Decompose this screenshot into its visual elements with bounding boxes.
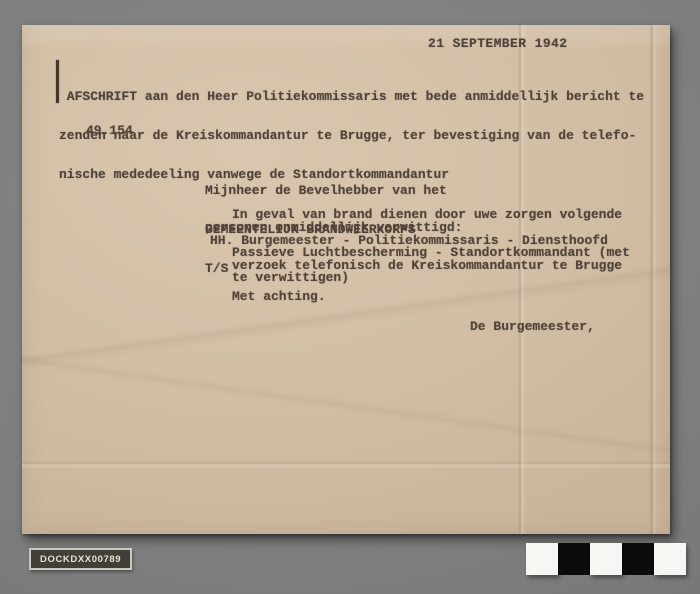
photo-background: 21 SEPTEMBER 1942 AFSCHRIFT aan den Heer… — [0, 0, 700, 594]
reference-number: 49.154 — [86, 124, 133, 137]
document-date: 21 SEPTEMBER 1942 — [428, 37, 567, 50]
addressee-line: Mijnheer de Bevelhebber van het — [205, 184, 447, 197]
document-paper: 21 SEPTEMBER 1942 AFSCHRIFT aan den Heer… — [22, 25, 670, 534]
calibration-square — [526, 543, 558, 575]
body-line: te verwittigen) — [232, 271, 349, 284]
calibration-bar — [526, 543, 686, 575]
calibration-square — [558, 543, 590, 575]
calibration-square — [622, 543, 654, 575]
catalog-label: DOCKDXX00789 — [29, 548, 132, 570]
calibration-square — [590, 543, 622, 575]
closing-line: Met achting. — [232, 290, 326, 303]
calibration-square — [654, 543, 686, 575]
header-note-line: zenden naar de Kreiskommandantur te Brug… — [59, 129, 644, 142]
signature-line: De Burgemeester, — [470, 320, 595, 333]
header-note-line: AFSCHRIFT aan den Heer Politiekommissari… — [59, 90, 644, 103]
